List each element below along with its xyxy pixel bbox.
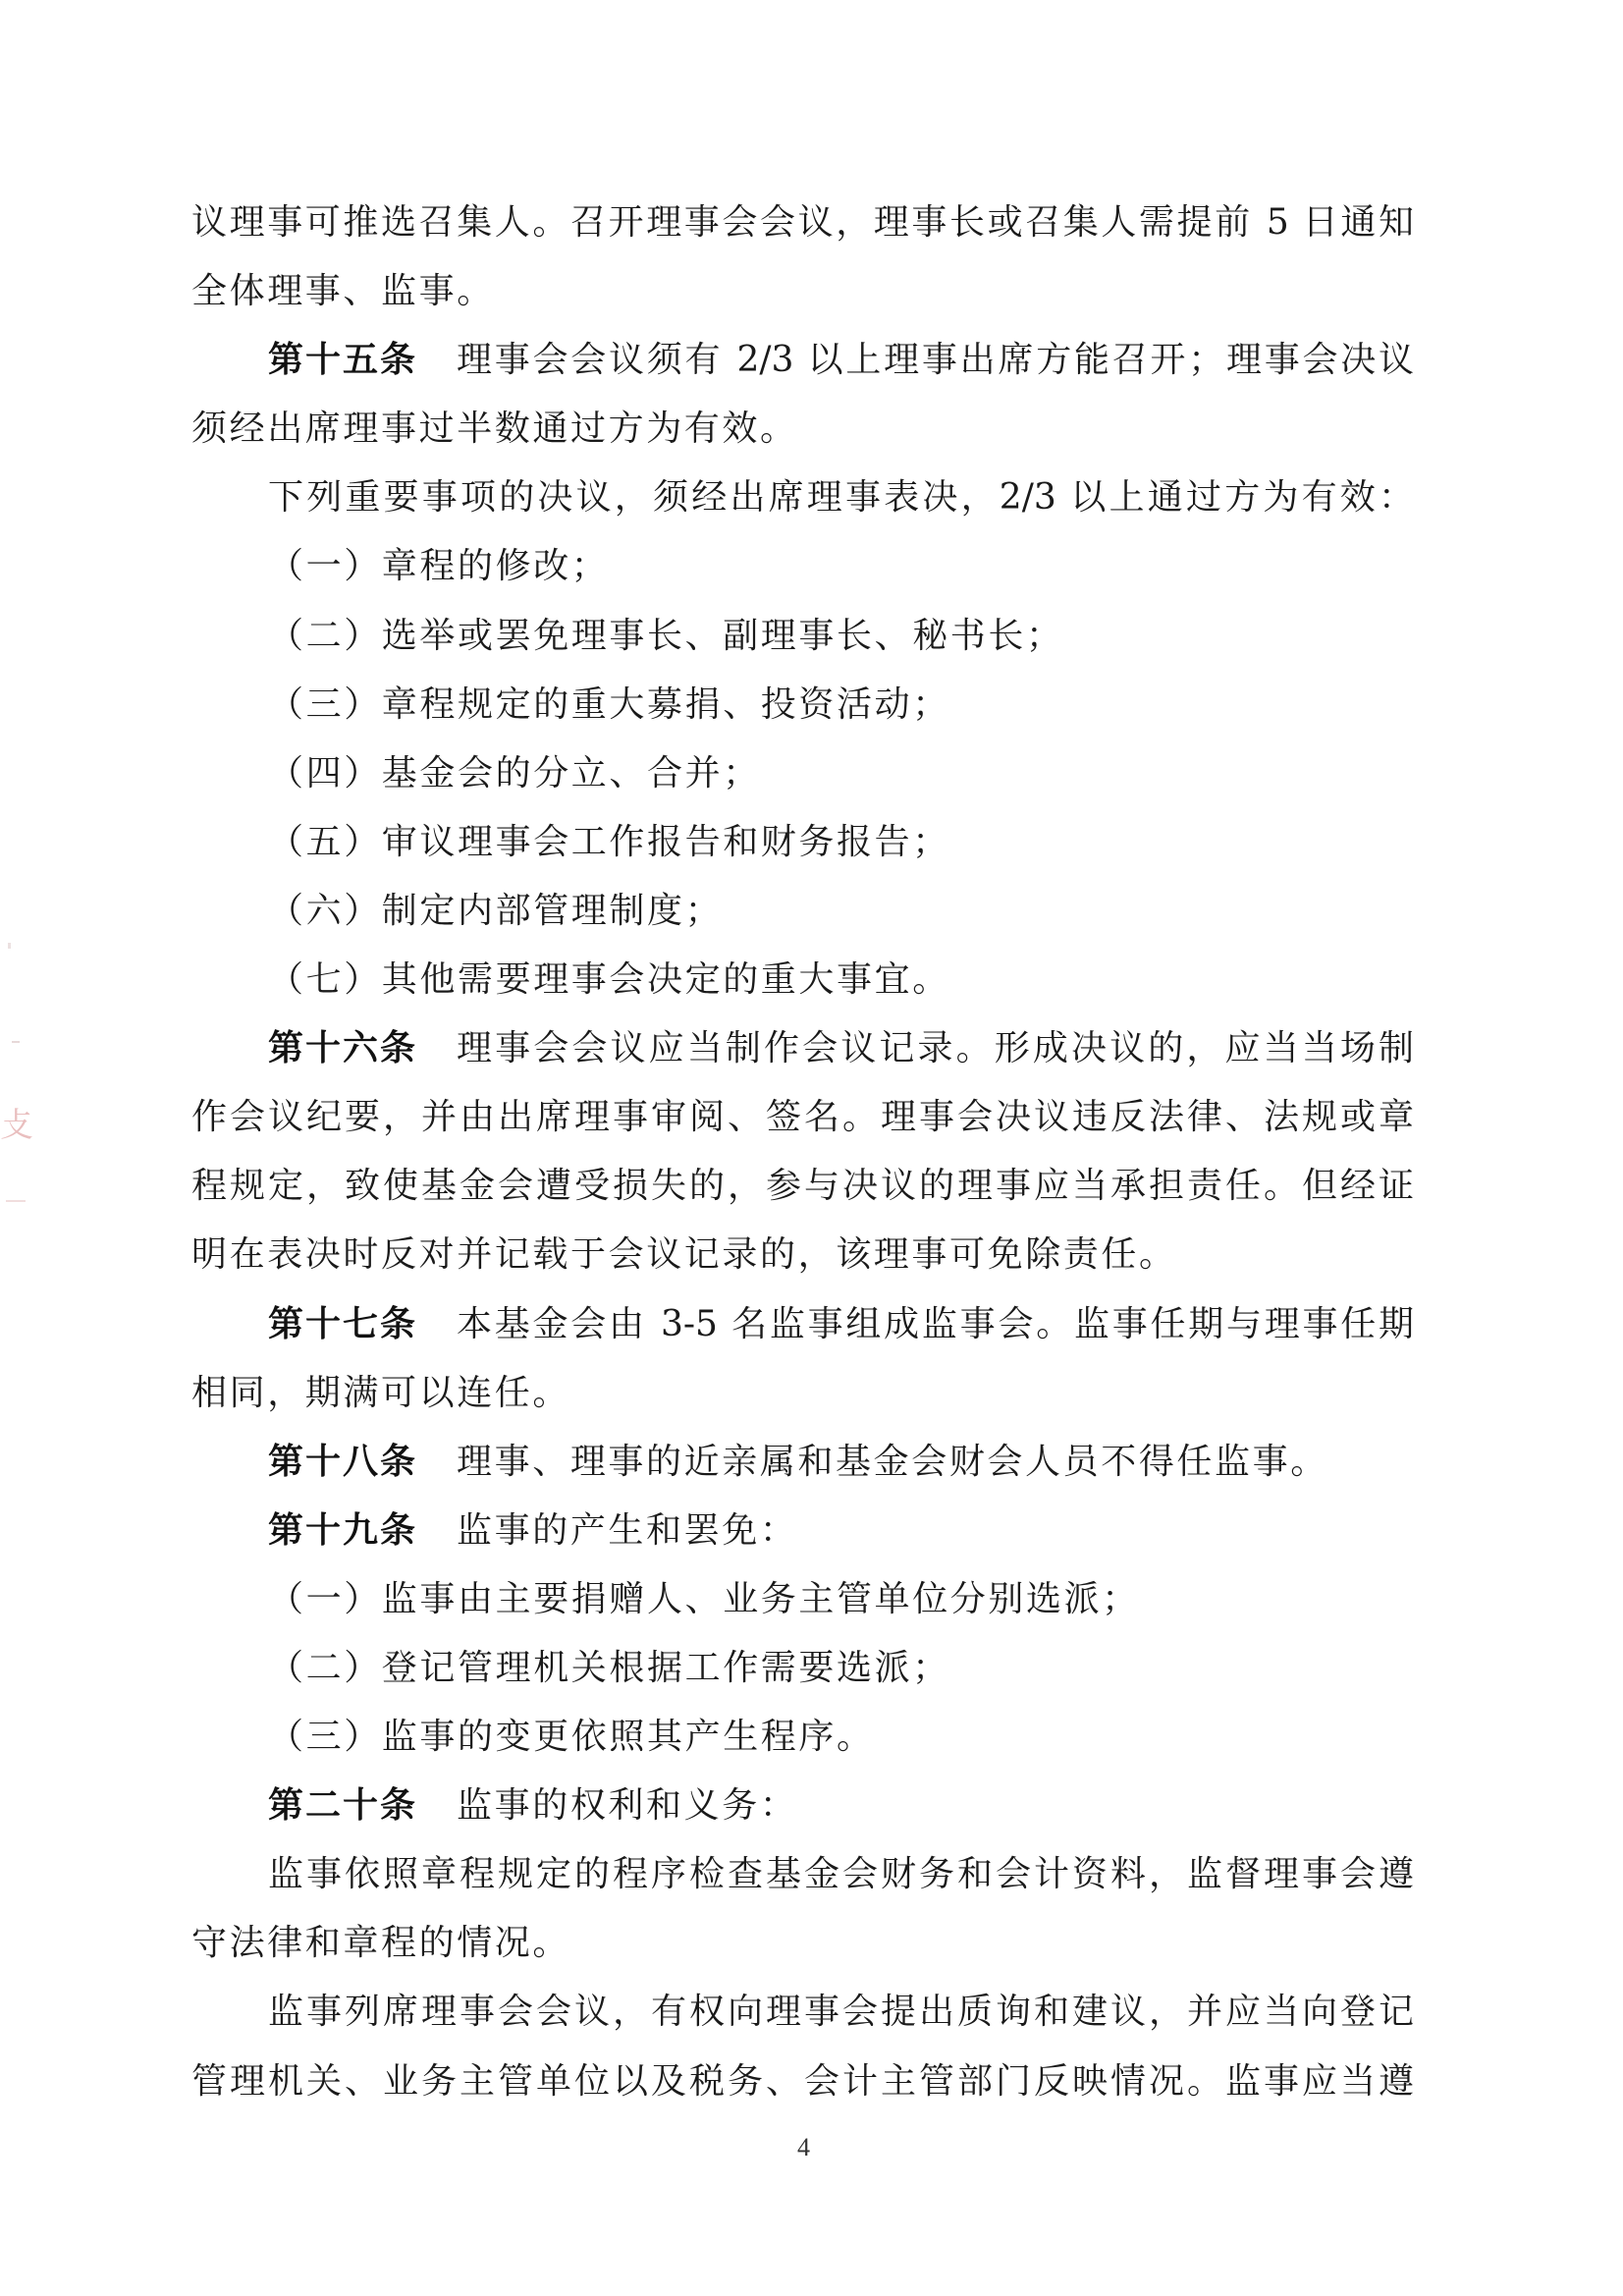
line-text: 管理机关、业务主管单位以及税务、会计主管部门反映情况。监事应当遵 [191, 2053, 1414, 2110]
paragraph-line: 下列重要事项的决议，须经出席理事表决，2/3 以上通过方为有效： [191, 469, 1414, 538]
list-item-text: （三）监事的变更依照其产生程序。 [268, 1709, 1414, 1766]
list-item: （四）基金会的分立、合并； [191, 745, 1414, 814]
seal-dot-icon [8, 943, 11, 949]
line-text: 监事列席理事会会议，有权向理事会提出质询和建议，并应当向登记 [268, 1984, 1414, 2041]
line-text: 监事的产生和罢免： [457, 1503, 1414, 1559]
line-text: 程规定，致使基金会遭受损失的，参与决议的理事应当承担责任。但经证 [191, 1158, 1414, 1215]
list-item-text: （二）选举或罢免理事长、副理事长、秘书长； [268, 608, 1414, 665]
article-19: 第十九条 监事的产生和罢免： [191, 1503, 1414, 1571]
line-text: 全体理事、监事。 [191, 263, 1414, 320]
seal-stroke-icon [6, 1200, 26, 1202]
list-item-text: （二）登记管理机关根据工作需要选派； [268, 1640, 1414, 1697]
line-text: 须经出席理事过半数通过方为有效。 [191, 401, 1414, 458]
page-number: 4 [797, 2133, 810, 2162]
body-line: 明在表决时反对并记载于会议记录的，该理事可免除责任。 [191, 1227, 1414, 1295]
list-item: （五）审议理事会工作报告和财务报告； [191, 814, 1414, 883]
list-item-text: （七）其他需要理事会决定的重大事宜。 [268, 952, 1414, 1009]
list-item-text: （六）制定内部管理制度； [268, 883, 1414, 940]
seal-remnant-icon: 攴 [0, 1098, 33, 1146]
list-item: （二）选举或罢免理事长、副理事长、秘书长； [191, 608, 1414, 677]
body-line: 议理事可推选召集人。召开理事会会议，理事长或召集人需提前 5 日通知 [191, 194, 1414, 263]
list-item-text: （三）章程规定的重大募捐、投资活动； [268, 677, 1414, 734]
body-line: 须经出席理事过半数通过方为有效。 [191, 401, 1414, 469]
list-item: （三）章程规定的重大募捐、投资活动； [191, 677, 1414, 745]
list-item: （三）监事的变更依照其产生程序。 [191, 1709, 1414, 1777]
line-text: 监事依照章程规定的程序检查基金会财务和会计资料，监督理事会遵 [268, 1846, 1414, 1903]
document-body: 议理事可推选召集人。召开理事会会议，理事长或召集人需提前 5 日通知 全体理事、… [191, 194, 1414, 2122]
paragraph-line: 监事列席理事会会议，有权向理事会提出质询和建议，并应当向登记 [191, 1984, 1414, 2052]
list-item-text: （四）基金会的分立、合并； [268, 745, 1414, 802]
line-text: 作会议纪要，并由出席理事审阅、签名。理事会决议违反法律、法规或章 [191, 1089, 1414, 1146]
body-line: 守法律和章程的情况。 [191, 1915, 1414, 1984]
article-heading: 第十六条 [268, 1020, 417, 1077]
article-18: 第十八条 理事、理事的近亲属和基金会财会人员不得任监事。 [191, 1434, 1414, 1503]
line-text: 监事的权利和义务： [457, 1777, 1414, 1834]
list-item-text: （一）章程的修改； [268, 538, 1414, 595]
list-item: （七）其他需要理事会决定的重大事宜。 [191, 952, 1414, 1020]
article-heading: 第十八条 [268, 1434, 417, 1491]
line-text: 明在表决时反对并记载于会议记录的，该理事可免除责任。 [191, 1227, 1414, 1284]
article-heading: 第十五条 [268, 332, 417, 389]
article-15: 第十五条 理事会会议须有 2/3 以上理事出席方能召开；理事会决议 [191, 332, 1414, 401]
line-text: 议理事可推选召集人。召开理事会会议，理事长或召集人需提前 5 日通知 [191, 194, 1414, 251]
article-20: 第二十条 监事的权利和义务： [191, 1777, 1414, 1846]
article-heading: 第十七条 [268, 1296, 417, 1353]
line-text: 理事会会议须有 2/3 以上理事出席方能召开；理事会决议 [457, 332, 1414, 389]
line-text: 守法律和章程的情况。 [191, 1915, 1414, 1972]
article-heading: 第二十条 [268, 1777, 417, 1834]
body-line: 作会议纪要，并由出席理事审阅、签名。理事会决议违反法律、法规或章 [191, 1089, 1414, 1158]
article-17: 第十七条 本基金会由 3-5 名监事组成监事会。监事任期与理事任期 [191, 1296, 1414, 1365]
body-line: 管理机关、业务主管单位以及税务、会计主管部门反映情况。监事应当遵 [191, 2053, 1414, 2122]
article-heading: 第十九条 [268, 1503, 417, 1559]
body-line: 相同，期满可以连任。 [191, 1365, 1414, 1434]
list-item: （一）监事由主要捐赠人、业务主管单位分别选派； [191, 1571, 1414, 1640]
list-item: （二）登记管理机关根据工作需要选派； [191, 1640, 1414, 1709]
line-text: 理事会会议应当制作会议记录。形成决议的，应当当场制 [457, 1020, 1414, 1077]
line-text: 理事、理事的近亲属和基金会财会人员不得任监事。 [457, 1434, 1414, 1491]
list-item-text: （五）审议理事会工作报告和财务报告； [268, 814, 1414, 871]
paragraph-line: 监事依照章程规定的程序检查基金会财务和会计资料，监督理事会遵 [191, 1846, 1414, 1915]
list-item: （一）章程的修改； [191, 538, 1414, 607]
body-line: 全体理事、监事。 [191, 263, 1414, 332]
list-item: （六）制定内部管理制度； [191, 883, 1414, 952]
seal-dash-icon [12, 1041, 20, 1043]
article-16: 第十六条 理事会会议应当制作会议记录。形成决议的，应当当场制 [191, 1020, 1414, 1089]
list-item-text: （一）监事由主要捐赠人、业务主管单位分别选派； [268, 1571, 1414, 1628]
document-page: 议理事可推选召集人。召开理事会会议，理事长或召集人需提前 5 日通知 全体理事、… [0, 0, 1623, 2296]
line-text: 相同，期满可以连任。 [191, 1365, 1414, 1422]
line-text: 本基金会由 3-5 名监事组成监事会。监事任期与理事任期 [457, 1296, 1414, 1353]
body-line: 程规定，致使基金会遭受损失的，参与决议的理事应当承担责任。但经证 [191, 1158, 1414, 1227]
line-text: 下列重要事项的决议，须经出席理事表决，2/3 以上通过方为有效： [268, 469, 1414, 526]
